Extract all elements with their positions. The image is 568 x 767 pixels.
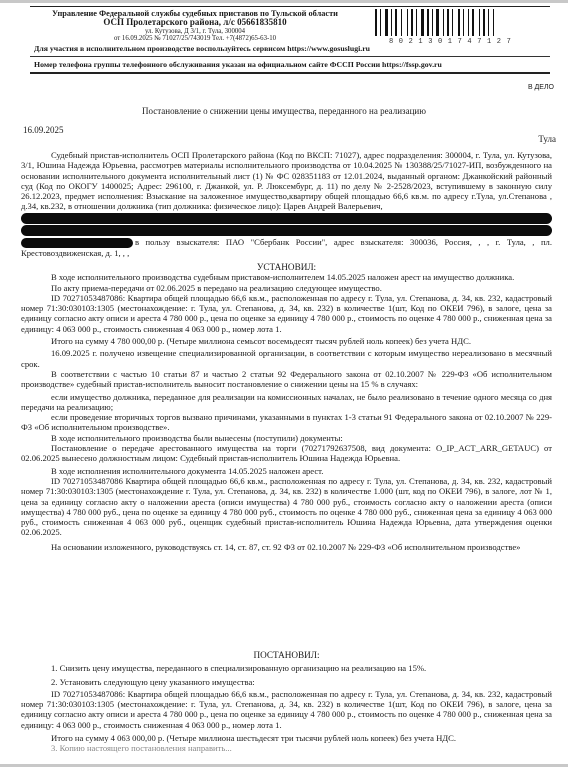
gosuslugi-note: Для участия в исполнительном производств… bbox=[34, 44, 370, 53]
resolved-section: ПОСТАНОВИЛ: 1. Снизить цену имущества, п… bbox=[21, 650, 552, 754]
paragraph: 16.09.2025 г. получено извещение специал… bbox=[21, 348, 552, 369]
paragraph: Итого на сумму 4 780 000,00 р. (Четыре м… bbox=[21, 336, 552, 346]
paragraph: 2. Установить следующую цену указанного … bbox=[21, 677, 552, 687]
redaction-bar bbox=[21, 213, 552, 224]
org-department: ОСП Пролетарского района, л/с 0566183581… bbox=[30, 18, 360, 27]
header-rule bbox=[30, 72, 550, 74]
document-city: Тула bbox=[538, 134, 556, 144]
barcode-digits: 8021301747127 bbox=[389, 38, 516, 46]
header-rule bbox=[30, 56, 550, 57]
established-heading: УСТАНОВИЛ: bbox=[21, 262, 552, 272]
phone-note: Номер телефона группы телефонного обслуж… bbox=[34, 60, 442, 69]
paragraph: В ходе исполнительного производства были… bbox=[21, 433, 552, 443]
resolved-heading: ПОСТАНОВИЛ: bbox=[21, 650, 552, 660]
paragraph: ID 70271053487086 Квартира общей площадь… bbox=[21, 476, 552, 538]
intro-paragraph: Судебный пристав-исполнитель ОСП Пролета… bbox=[21, 150, 552, 212]
redaction-bar bbox=[21, 238, 133, 248]
scan-edge-top bbox=[0, 0, 568, 3]
paragraph: 3. Копию настоящего постановления направ… bbox=[21, 743, 552, 753]
document-page: Управление Федеральной службы судебных п… bbox=[0, 0, 568, 767]
document-date: 16.09.2025 bbox=[23, 125, 64, 135]
paragraph: На основании изложенного, руководствуясь… bbox=[21, 542, 552, 552]
issuing-organization: Управление Федеральной службы судебных п… bbox=[30, 9, 360, 43]
established-section: УСТАНОВИЛ: В ходе исполнительного произв… bbox=[21, 262, 552, 552]
intro-tail: в пользу взыскателя: ПАО "Сбербанк Росси… bbox=[21, 237, 552, 258]
paragraph: В соответствии с частью 10 статьи 87 и ч… bbox=[21, 369, 552, 390]
barcode-bars bbox=[375, 9, 555, 36]
paragraph: ID 70271053487086: Квартира общей площад… bbox=[21, 689, 552, 730]
paragraph: если имущество должника, переданное для … bbox=[21, 392, 552, 413]
paragraph: ID 70271053487086: Квартира общей площад… bbox=[21, 293, 552, 334]
paragraph: В ходе исполнения исполнительного докуме… bbox=[21, 466, 552, 476]
org-address: ул. Кутузова, Д 3/1, г. Тула, 300004 bbox=[30, 28, 360, 36]
paragraph: Постановление о передаче арестованного и… bbox=[21, 443, 552, 464]
paragraph: 1. Снизить цену имущества, переданного в… bbox=[21, 663, 552, 673]
document-barcode: 8021301747127 bbox=[375, 9, 555, 39]
paragraph: Итого на сумму 4 063 000,00 р. (Четыре м… bbox=[21, 733, 552, 743]
paragraph: если проведение вторичных торгов вызвано… bbox=[21, 412, 552, 433]
paragraph: В ходе исполнительного производства суде… bbox=[21, 272, 552, 282]
document-intro: Судебный пристав-исполнитель ОСП Пролета… bbox=[21, 150, 552, 258]
org-reference: от 16.09.2025 № 71027/25/743019 Тел. +7(… bbox=[30, 35, 360, 43]
document-title: Постановление о снижении цены имущества,… bbox=[0, 106, 568, 116]
redaction-bar bbox=[21, 225, 552, 236]
header-rule bbox=[30, 6, 550, 7]
filing-stamp: В ДЕЛО bbox=[528, 84, 554, 91]
paragraph: По акту приема-передачи от 02.06.2025 в … bbox=[21, 283, 552, 293]
